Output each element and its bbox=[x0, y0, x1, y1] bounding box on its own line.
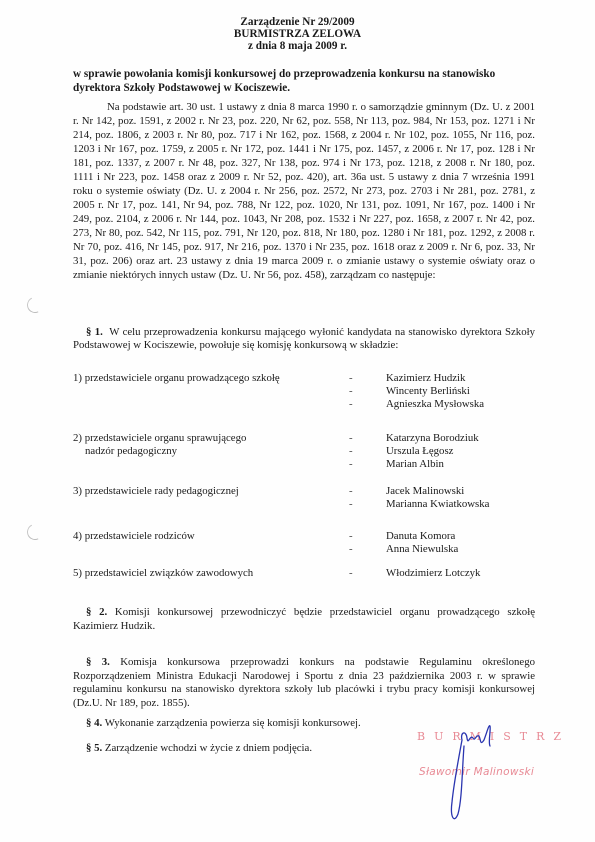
punch-hole-mark bbox=[25, 522, 46, 543]
ordinance-date: z dnia 8 maja 2009 r. bbox=[0, 40, 595, 52]
committee-member: Marianna Kwiatkowska bbox=[386, 498, 536, 511]
committee-member: Agnieszka Mysłowska bbox=[386, 398, 536, 411]
list-dash: - bbox=[349, 485, 359, 498]
committee-member: Kazimierz Hudzik bbox=[386, 372, 536, 385]
list-dash: - bbox=[349, 398, 359, 411]
list-dash: - bbox=[349, 445, 359, 458]
list-dash: - bbox=[349, 458, 359, 471]
committee-category: 4) przedstawiciele rodziców bbox=[73, 530, 333, 543]
section-2: § 2. Komisji konkursowej przewodniczyć b… bbox=[73, 606, 535, 633]
section-text: Zarządzenie wchodzi w życie z dniem podj… bbox=[105, 742, 312, 754]
section-mark: § 2. bbox=[86, 606, 107, 618]
committee-category: 2) przedstawiciele organu sprawującego bbox=[73, 432, 333, 445]
section-4: § 4. Wykonanie zarządzenia powierza się … bbox=[86, 717, 446, 731]
section-1: § 1. W celu przeprowadzenia konkursu maj… bbox=[73, 326, 535, 352]
section-text: Komisji konkursowej przewodniczyć będzie… bbox=[73, 606, 535, 632]
committee-member: Włodzimierz Lotczyk bbox=[386, 567, 536, 580]
committee-member: Urszula Łęgosz bbox=[386, 445, 536, 458]
committee-category-continuation: nadzór pedagogiczny bbox=[85, 445, 345, 458]
ordinance-subject: w sprawie powołania komisji konkursowej … bbox=[73, 68, 533, 95]
section-mark: § 3. bbox=[86, 656, 110, 668]
committee-category: 1) przedstawiciele organu prowadzącego s… bbox=[73, 372, 333, 385]
committee-member: Katarzyna Borodziuk bbox=[386, 432, 536, 445]
committee-member: Wincenty Berliński bbox=[386, 385, 536, 398]
section-text: Komisja konkursowa przeprowadzi konkurs … bbox=[73, 656, 535, 709]
list-dash: - bbox=[349, 567, 359, 580]
punch-hole-mark bbox=[25, 295, 46, 316]
committee-member: Jacek Malinowski bbox=[386, 485, 536, 498]
section-mark: § 5. bbox=[86, 742, 102, 754]
list-dash: - bbox=[349, 530, 359, 543]
committee-member: Marian Albin bbox=[386, 458, 536, 471]
section-text: Wykonanie zarządzenia powierza się komis… bbox=[105, 717, 361, 729]
list-dash: - bbox=[349, 432, 359, 445]
section-mark: § 1. bbox=[86, 326, 103, 338]
section-mark: § 4. bbox=[86, 717, 102, 729]
committee-member: Anna Niewulska bbox=[386, 543, 536, 556]
list-dash: - bbox=[349, 372, 359, 385]
legal-basis-paragraph: Na podstawie art. 30 ust. 1 ustawy z dni… bbox=[73, 100, 535, 282]
list-dash: - bbox=[349, 543, 359, 556]
section-3: § 3. Komisja konkursowa przeprowadzi kon… bbox=[73, 656, 535, 710]
ordinance-issuer: BURMISTRZA ZELOWA bbox=[0, 28, 595, 40]
list-dash: - bbox=[349, 498, 359, 511]
signature-icon bbox=[440, 722, 510, 827]
committee-member: Danuta Komora bbox=[386, 530, 536, 543]
committee-category: 3) przedstawiciele rady pedagogicznej bbox=[73, 485, 333, 498]
section-5: § 5. Zarządzenie wchodzi w życie z dniem… bbox=[86, 742, 446, 756]
section-text: W celu przeprowadzenia konkursu mającego… bbox=[73, 326, 535, 351]
ordinance-title: Zarządzenie Nr 29/2009 bbox=[0, 16, 595, 28]
list-dash: - bbox=[349, 385, 359, 398]
committee-category: 5) przedstawiciel związków zawodowych bbox=[73, 567, 333, 580]
document-page: Zarządzenie Nr 29/2009 BURMISTRZA ZELOWA… bbox=[0, 0, 595, 842]
